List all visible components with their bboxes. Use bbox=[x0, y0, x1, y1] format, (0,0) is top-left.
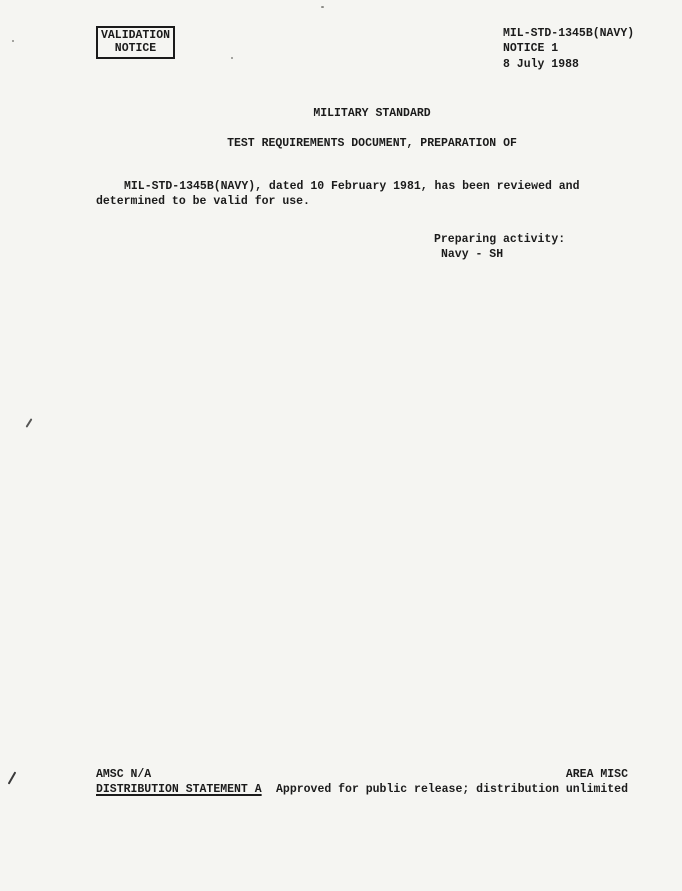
document-page: VALIDATION NOTICE MIL-STD-1345B(NAVY) NO… bbox=[0, 0, 682, 891]
validation-paragraph: MIL-STD-1345B(NAVY), dated 10 February 1… bbox=[96, 179, 596, 209]
scan-speck bbox=[231, 57, 233, 59]
validation-box-line1: VALIDATION bbox=[101, 29, 170, 42]
preparing-activity-block: Preparing activity: Navy - SH bbox=[434, 232, 565, 262]
scan-speck bbox=[321, 6, 324, 8]
footer-line-1: AMSC N/A AREA MISC bbox=[96, 767, 628, 782]
amsc-number: AMSC N/A bbox=[96, 767, 151, 782]
scan-speck bbox=[12, 40, 14, 42]
footer-line-2: DISTRIBUTION STATEMENT A Approved for pu… bbox=[96, 782, 628, 797]
page-subtitle: TEST REQUIREMENTS DOCUMENT, PREPARATION … bbox=[0, 136, 682, 151]
page-title: MILITARY STANDARD bbox=[0, 106, 682, 121]
notice-number: NOTICE 1 bbox=[503, 41, 634, 56]
document-id-block: MIL-STD-1345B(NAVY) NOTICE 1 8 July 1988 bbox=[503, 26, 634, 72]
validation-notice-box: VALIDATION NOTICE bbox=[96, 26, 175, 59]
distribution-statement-label: DISTRIBUTION STATEMENT A bbox=[96, 782, 262, 797]
preparing-activity-value: Navy - SH bbox=[434, 247, 565, 262]
document-number: MIL-STD-1345B(NAVY) bbox=[503, 26, 634, 41]
validation-box-line2: NOTICE bbox=[101, 42, 170, 55]
validation-paragraph-line1: MIL-STD-1345B(NAVY), dated 10 February 1… bbox=[96, 179, 596, 194]
preparing-activity-label: Preparing activity: bbox=[434, 232, 565, 247]
ink-mark bbox=[8, 771, 17, 784]
distribution-statement-text: Approved for public release; distributio… bbox=[276, 782, 628, 797]
document-date: 8 July 1988 bbox=[503, 57, 634, 72]
validation-paragraph-line2: determined to be valid for use. bbox=[96, 194, 596, 209]
ink-mark bbox=[26, 418, 33, 428]
area-code: AREA MISC bbox=[566, 767, 628, 782]
